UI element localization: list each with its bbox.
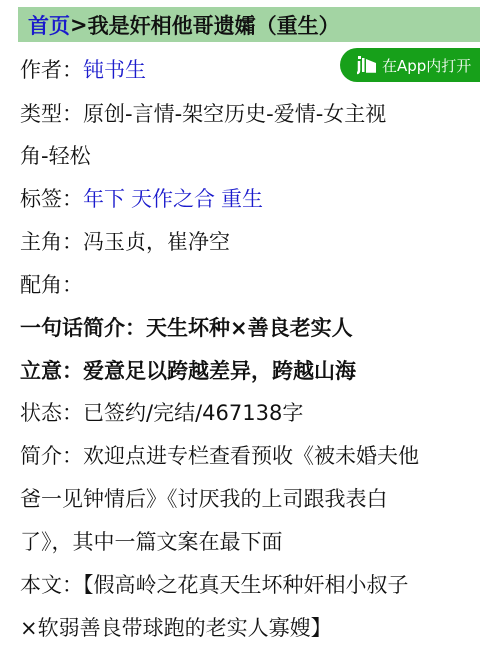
status-label: 状态： — [20, 401, 83, 425]
tags-label: 标签： — [20, 187, 83, 211]
body-row-cont: ×软弱善良带球跑的老实人寡嫂】 — [20, 614, 332, 642]
tag-link[interactable]: 重生 — [221, 187, 263, 211]
summary-row-cont: 爸一见钟情后》《讨厌我的上司跟我表白 — [20, 485, 388, 513]
tags-row: 标签：年下天作之合重生 — [20, 185, 269, 213]
genre-label: 类型： — [20, 102, 83, 126]
summary-row: 简介：欢迎点进专栏查看预收《被未婚夫他 — [20, 442, 419, 470]
protagonist-label: 主角： — [20, 230, 83, 254]
book-icon — [356, 54, 378, 76]
summary-value: 欢迎点进专栏查看预收《被未婚夫他 — [83, 444, 419, 468]
supporting-row: 配角： — [20, 271, 83, 299]
author-label: 作者： — [20, 58, 83, 82]
summary-value-cont: 了》，其中一篇文案在最下面 — [20, 530, 283, 554]
protagonist-row: 主角：冯玉贞，崔净空 — [20, 228, 230, 256]
tagline-label: 一句话简介： — [20, 316, 146, 340]
tagline-value: 天生坏种×善良老实人 — [146, 316, 353, 340]
breadcrumb-header: 首页>我是奸相他哥遗孀（重生） — [18, 7, 480, 42]
supporting-label: 配角： — [20, 273, 83, 297]
breadcrumb-separator: > — [70, 13, 88, 37]
status-row: 状态：已签约/完结/467138字 — [20, 399, 303, 427]
author-link[interactable]: 钝书生 — [83, 58, 146, 82]
body-label: 本文： — [20, 573, 83, 597]
genre-row: 类型：原创-言情-架空历史-爱情-女主视 — [20, 100, 386, 128]
body-row: 本文：【假高岭之花真天生坏种奸相小叔子 — [20, 571, 409, 599]
tag-link[interactable]: 年下 — [83, 187, 125, 211]
body-value-cont: ×软弱善良带球跑的老实人寡嫂】 — [20, 616, 332, 640]
author-row: 作者：钝书生 — [20, 56, 146, 84]
genre-value: 原创-言情-架空历史-爱情-女主视 — [83, 102, 386, 126]
body-value: 【假高岭之花真天生坏种奸相小叔子 — [83, 573, 409, 597]
summary-label: 简介： — [20, 444, 83, 468]
theme-value: 爱意足以跨越差异，跨越山海 — [83, 359, 356, 383]
tag-link[interactable]: 天作之合 — [131, 187, 215, 211]
open-in-app-button[interactable]: 在App内打开 — [340, 48, 480, 82]
open-in-app-label: 在App内打开 — [382, 55, 471, 76]
theme-row: 立意：爱意足以跨越差异，跨越山海 — [20, 357, 356, 385]
home-link[interactable]: 首页 — [28, 10, 70, 40]
theme-label: 立意： — [20, 359, 83, 383]
genre-row-cont: 角-轻松 — [20, 142, 91, 170]
summary-value-cont: 爸一见钟情后》《讨厌我的上司跟我表白 — [20, 487, 388, 511]
summary-row-cont: 了》，其中一篇文案在最下面 — [20, 528, 283, 556]
book-title: 我是奸相他哥遗孀（重生） — [88, 10, 340, 40]
tagline-row: 一句话简介：天生坏种×善良老实人 — [20, 314, 353, 342]
status-value: 已签约/完结/467138字 — [83, 401, 303, 425]
genre-value-cont: 角-轻松 — [20, 144, 91, 168]
protagonist-value: 冯玉贞，崔净空 — [83, 230, 230, 254]
